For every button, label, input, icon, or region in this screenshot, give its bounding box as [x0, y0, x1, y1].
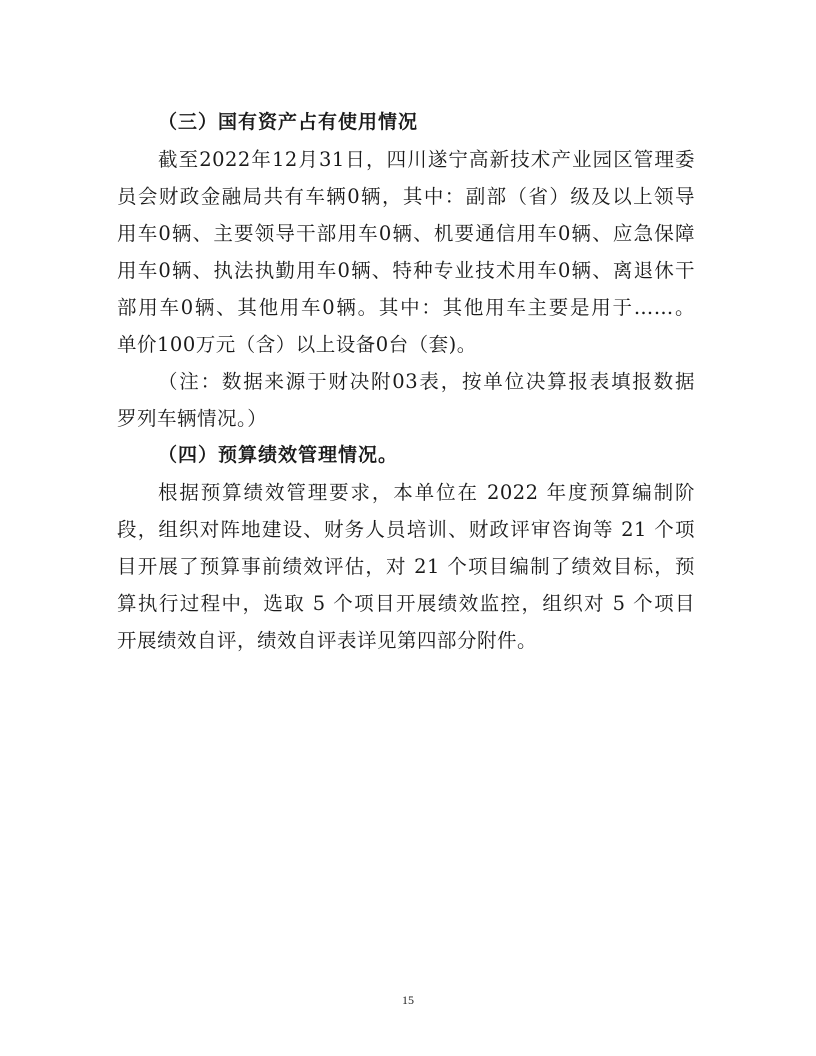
- paragraph-line: 开展绩效自评，绩效自评表详见第四部分附件。: [117, 622, 695, 659]
- paragraph-line: 单价100万元（含）以上设备0台（套)。: [117, 326, 695, 363]
- paragraph-line: 用车0辆、执法执勤用车0辆、特种专业技术用车0辆、离退休干: [117, 252, 695, 289]
- section-heading-performance: （四）预算绩效管理情况。: [117, 437, 695, 474]
- paragraph-line: 罗列车辆情况。）: [117, 400, 695, 437]
- paragraph-line: 段，组织对阵地建设、财务人员培训、财政评审咨询等 21 个项: [117, 511, 695, 548]
- section-heading-state-assets: （三）国有资产占有使用情况: [117, 104, 695, 141]
- paragraph-line: 员会财政金融局共有车辆0辆，其中：副部（省）级及以上领导: [117, 178, 695, 215]
- paragraph-line: 目开展了预算事前绩效评估，对 21 个项目编制了绩效目标，预: [117, 548, 695, 585]
- paragraph-line: 部用车0辆、其他用车0辆。其中：其他用车主要是用于……。: [117, 289, 695, 326]
- paragraph-line: 算执行过程中，选取 5 个项目开展绩效监控，组织对 5 个项目: [117, 585, 695, 622]
- paragraph-line: 截至2022年12月31日，四川遂宁高新技术产业园区管理委: [117, 141, 695, 178]
- paragraph-performance: 根据预算绩效管理要求，本单位在 2022 年度预算编制阶 段，组织对阵地建设、财…: [117, 474, 695, 659]
- page-number: 15: [0, 993, 816, 1008]
- paragraph-line: 根据预算绩效管理要求，本单位在 2022 年度预算编制阶: [117, 474, 695, 511]
- paragraph-line: （注：数据来源于财决附03表，按单位决算报表填报数据: [117, 363, 695, 400]
- paragraph-vehicles: 截至2022年12月31日，四川遂宁高新技术产业园区管理委 员会财政金融局共有车…: [117, 141, 695, 363]
- document-page: （三）国有资产占有使用情况 截至2022年12月31日，四川遂宁高新技术产业园区…: [117, 104, 695, 659]
- paragraph-note: （注：数据来源于财决附03表，按单位决算报表填报数据 罗列车辆情况。）: [117, 363, 695, 437]
- paragraph-line: 用车0辆、主要领导干部用车0辆、机要通信用车0辆、应急保障: [117, 215, 695, 252]
